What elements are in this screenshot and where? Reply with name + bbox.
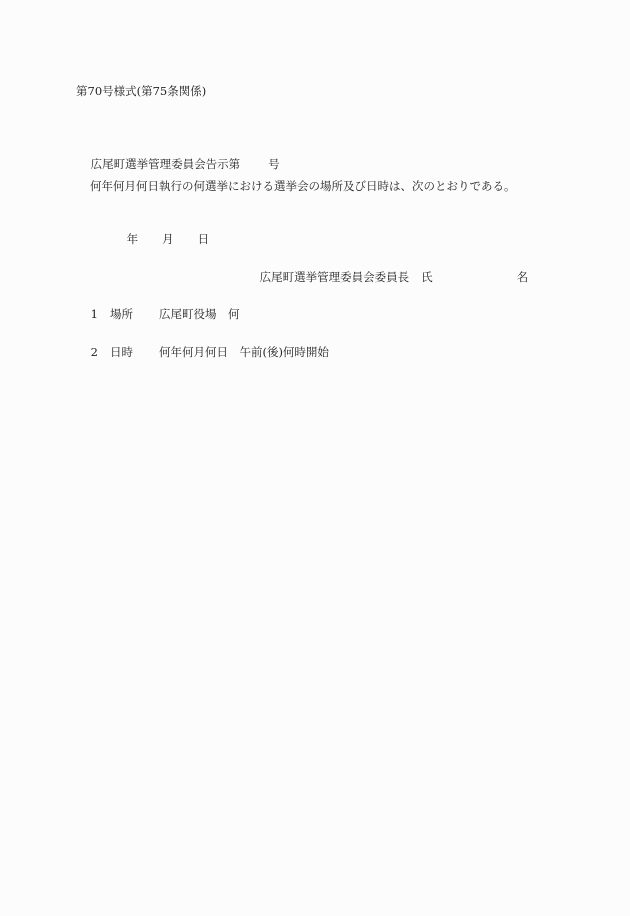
notice-number-suffix: 号	[268, 157, 280, 171]
date-month: 月	[162, 232, 174, 246]
date-day: 日	[198, 232, 210, 246]
item-label: 日時	[110, 345, 133, 359]
signature-name-label-2: 名	[517, 270, 529, 284]
item-value: 広尾町役場 何	[159, 307, 240, 321]
item-number: 1	[91, 307, 98, 321]
signature-title: 広尾町選挙管理委員会委員長	[260, 270, 410, 284]
body-text: 何年何月何日執行の何選挙における選挙会の場所及び日時は、次のとおりである。	[90, 179, 516, 193]
date-year: 年	[127, 232, 139, 246]
list-item: 1場所広尾町役場 何	[76, 293, 239, 335]
signature-line: 広尾町選挙管理委員会委員長氏名	[245, 256, 528, 298]
date-line: 年月日	[112, 218, 209, 260]
list-item: 2日時何年何月何日 午前(後)何時開始	[76, 331, 329, 373]
notice-title-text: 広尾町選挙管理委員会告示第	[91, 157, 241, 171]
item-number: 2	[91, 345, 98, 359]
item-value: 何年何月何日 午前(後)何時開始	[159, 345, 329, 359]
form-number: 第70号様式(第75条関係)	[76, 84, 206, 98]
signature-name-label-1: 氏	[421, 270, 433, 284]
item-label: 場所	[110, 307, 133, 321]
